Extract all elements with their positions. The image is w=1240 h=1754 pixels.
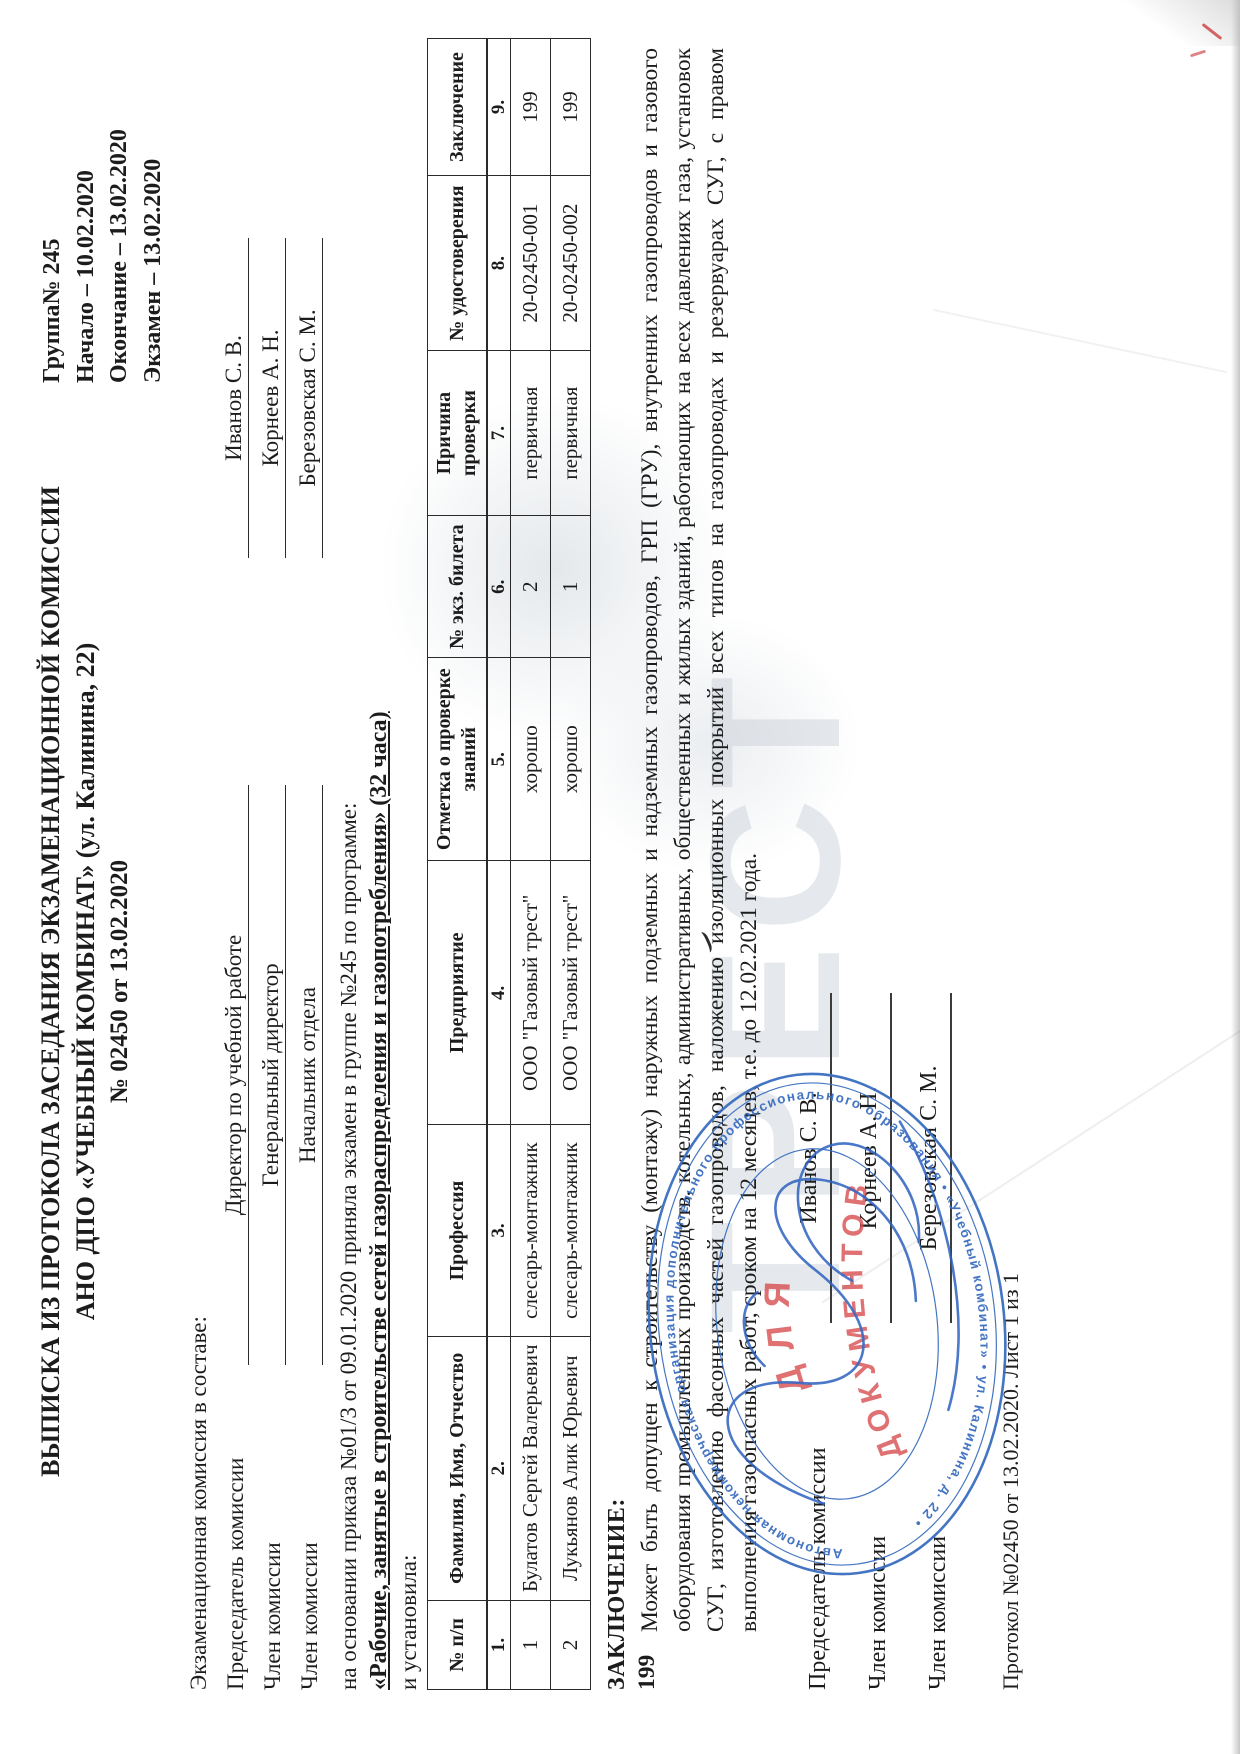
conclusion-heading: ЗАКЛЮЧЕНИЕ: xyxy=(604,38,631,1690)
group-exam-date: Экзамен – 13.02.2020 xyxy=(137,38,171,383)
cell-fio: Булатов Сергей Валерьевич xyxy=(511,1336,551,1600)
title-line-2: АНО ДПО «УЧЕБНЫЙ КОМБИНАТ» (ул. Калинина… xyxy=(69,383,104,1580)
group-end-date: Окончание – 13.02.2020 xyxy=(103,38,137,383)
col-num: 4. xyxy=(487,861,511,1125)
cell-enterprise: ООО "Газовый трест" xyxy=(551,861,591,1125)
cell-mark: хорошо xyxy=(511,658,551,861)
order-basis-line: на основании приказа №01/3 от 09.01.2020… xyxy=(336,38,362,1690)
exam-results-table: № п/п Фамилия, Имя, Отчество Профессия П… xyxy=(427,38,591,1690)
col-header-profession: Профессия xyxy=(428,1125,488,1336)
cell-cert: 20-02450-002 xyxy=(551,176,591,351)
commission-member-row: Член комиссии Начальник отдела Березовск… xyxy=(295,38,323,1690)
col-header-conclusion: Заключение xyxy=(428,39,488,176)
cell-reason: первичная xyxy=(551,351,591,516)
cell-mark: хорошо xyxy=(551,658,591,861)
group-number: Группа№ 245 xyxy=(36,38,70,383)
commission-member-row: Председатель комиссии Директор по учебно… xyxy=(221,38,249,1690)
member-position: Директор по учебной работе xyxy=(221,785,249,1365)
col-num: 1. xyxy=(487,1600,511,1689)
table-row: 2 Лукьянов Алик Юрьевич слесарь-монтажни… xyxy=(551,39,591,1690)
member-name: Иванов С. В. xyxy=(221,238,249,558)
stamp-center-line2: ДОКУМЕНТОВ xyxy=(822,1172,910,1467)
cell-conclusion: 199 xyxy=(551,39,591,176)
member-role: Член комиссии xyxy=(297,1425,323,1690)
col-num: 5. xyxy=(487,658,511,861)
table-row: 1 Булатов Сергей Валерьевич слесарь-монт… xyxy=(511,39,551,1690)
cell-profession: слесарь-монтажник xyxy=(551,1125,591,1336)
col-header-ticket: № экз. билета xyxy=(428,516,488,658)
cell-ticket: 1 xyxy=(551,516,591,658)
col-header-npp: № п/п xyxy=(428,1600,488,1689)
cell-npp: 1 xyxy=(511,1600,551,1689)
established-line: и установила: xyxy=(396,38,422,1690)
group-info-block: Группа№ 245 Начало – 10.02.2020 Окончани… xyxy=(34,38,170,383)
cell-npp: 2 xyxy=(551,1600,591,1689)
cell-fio: Лукьянов Алик Юрьевич xyxy=(551,1336,591,1600)
member-role: Председатель комиссии xyxy=(223,1425,249,1690)
member-role: Член комиссии xyxy=(260,1425,286,1690)
cell-conclusion: 199 xyxy=(511,39,551,176)
conclusion-number: 199 xyxy=(634,1632,766,1690)
col-num: 6. xyxy=(487,516,511,658)
title-line-1: ВЫПИСКА ИЗ ПРОТОКОЛА ЗАСЕДАНИЯ ЭКЗАМЕНАЦ… xyxy=(34,383,69,1580)
member-position: Начальник отдела xyxy=(295,785,323,1365)
scanned-page: ТРЕСТ ВЫПИСКА ИЗ ПРОТОКОЛА ЗАСЕДАНИЯ ЭКЗ… xyxy=(0,0,1240,1754)
col-header-enterprise: Предприятие xyxy=(428,861,488,1125)
cell-enterprise: ООО "Газовый трест" xyxy=(511,861,551,1125)
stamp-outer-ring xyxy=(621,1053,1034,1594)
stamp-mid-ring xyxy=(631,1063,1023,1584)
program-title-line: «Рабочие, занятые в строительстве сетей … xyxy=(366,38,393,1690)
col-num: 3. xyxy=(487,1125,511,1336)
col-num: 8. xyxy=(487,176,511,351)
group-start-date: Начало – 10.02.2020 xyxy=(70,38,104,383)
member-name: Корнеев А. Н. xyxy=(258,238,286,558)
document-title: ВЫПИСКА ИЗ ПРОТОКОЛА ЗАСЕДАНИЯ ЭКЗАМЕНАЦ… xyxy=(34,383,136,1690)
commission-member-row: Член комиссии Генеральный директор Корне… xyxy=(258,38,286,1690)
title-line-3: № 02450 от 13.02.2020 xyxy=(103,383,136,1580)
col-num: 7. xyxy=(487,351,511,516)
cell-reason: первичная xyxy=(511,351,551,516)
cell-ticket: 2 xyxy=(511,516,551,658)
col-num: 9. xyxy=(487,39,511,176)
member-name: Березовская С. М. xyxy=(295,238,323,558)
cell-profession: слесарь-монтажник xyxy=(511,1125,551,1336)
col-header-fio: Фамилия, Имя, Отчество xyxy=(428,1336,488,1600)
col-num: 2. xyxy=(487,1336,511,1600)
commission-intro: Экзаменационная комиссия в составе: xyxy=(186,38,212,1690)
cell-cert: 20-02450-001 xyxy=(511,176,551,351)
col-header-reason: Причина проверки xyxy=(428,351,488,516)
member-position: Генеральный директор xyxy=(258,785,286,1365)
document-content: ВЫПИСКА ИЗ ПРОТОКОЛА ЗАСЕДАНИЯ ЭКЗАМЕНАЦ… xyxy=(0,0,1240,1754)
organization-stamp: Автономная некоммерческая организация до… xyxy=(612,1043,1043,1604)
document-header: ВЫПИСКА ИЗ ПРОТОКОЛА ЗАСЕДАНИЯ ЭКЗАМЕНАЦ… xyxy=(34,38,170,1690)
table-header-row: № п/п Фамилия, Имя, Отчество Профессия П… xyxy=(428,39,488,1690)
column-number-row: 1. 2. 3. 4. 5. 6. 7. 8. 9. xyxy=(487,39,511,1690)
col-header-mark: Отметка о проверке знаний xyxy=(428,658,488,861)
col-header-cert: № удостоверения xyxy=(428,176,488,351)
scan-corner-shadow xyxy=(1120,0,1240,46)
stamp-center-line1: ДЛЯ xyxy=(750,1260,814,1399)
scan-edge-shadow xyxy=(1231,0,1240,1754)
stamp-inner-ring xyxy=(696,1136,957,1512)
rotated-document: ТРЕСТ ВЫПИСКА ИЗ ПРОТОКОЛА ЗАСЕДАНИЯ ЭКЗ… xyxy=(0,0,1240,1754)
